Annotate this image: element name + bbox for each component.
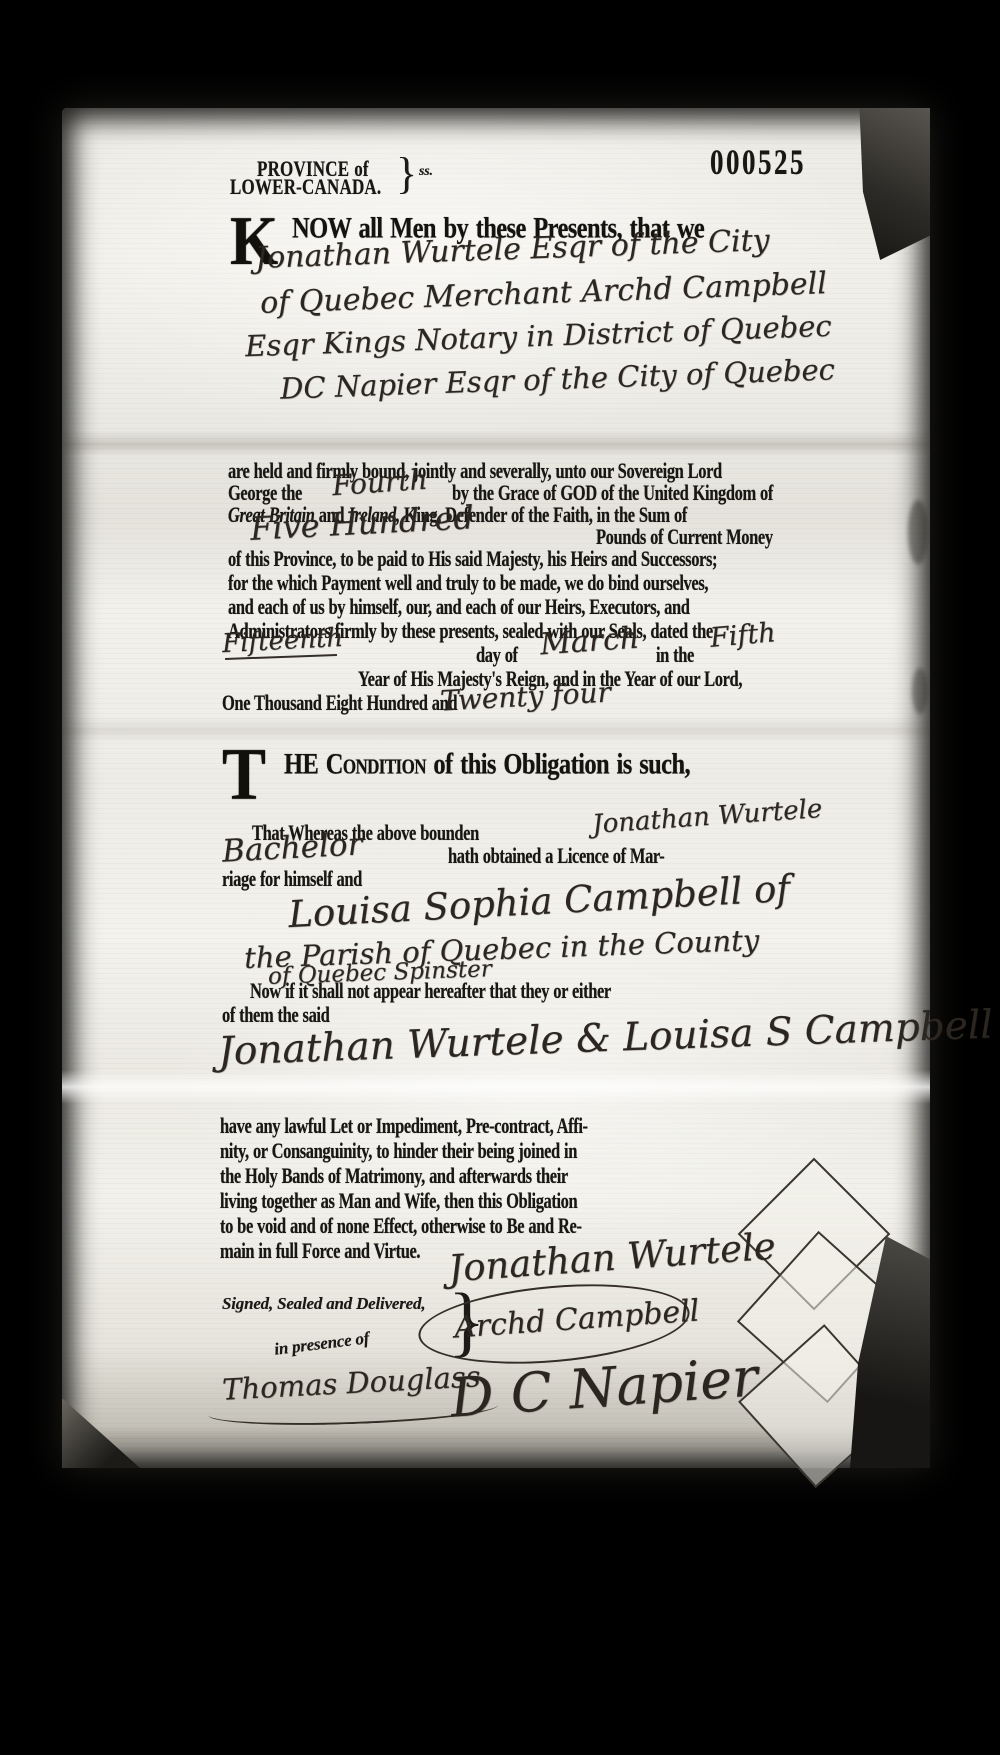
in-the-label: in the	[656, 642, 694, 667]
now-if-line-2: of them the said	[222, 1002, 329, 1027]
attestation-line-2: in presence of	[273, 1328, 370, 1359]
condition-heading: HE Condition of this Obligation is such,	[284, 748, 690, 782]
province-brace: }	[396, 148, 417, 199]
right-edge-ink-smudge	[912, 668, 928, 714]
bond-text-line-6: for the which Payment well and truly to …	[228, 570, 708, 595]
light-fold-band	[62, 1070, 930, 1104]
handwritten-monarch-ordinal: Fourth	[331, 463, 429, 503]
ss-abbreviation: ss.	[419, 164, 433, 180]
province-label-line2: LOWER-CANADA.	[230, 174, 381, 199]
closing-paragraph-line-3: the Holy Bands of Matrimony, and afterwa…	[220, 1163, 568, 1188]
handwritten-couple-names: Jonathan Wurtele & Louisa S Campbell	[217, 1002, 993, 1074]
closing-paragraph-line-1: have any lawful Let or Impediment, Pre-c…	[220, 1113, 588, 1138]
condition-dropcap: T	[222, 744, 266, 807]
scanned-document-background: PROVINCE of LOWER-CANADA. } ss. 000525 K…	[0, 0, 1000, 1755]
condition-heading-he: HE	[284, 748, 326, 781]
handwritten-principals-line-4: DC Napier Esqr of the City of Quebec	[280, 352, 836, 405]
condition-heading-rest: of this Obligation is such,	[426, 748, 690, 781]
marriage-bond-paper: PROVINCE of LOWER-CANADA. } ss. 000525 K…	[62, 108, 930, 1468]
condition-heading-smallcaps: Condition	[326, 748, 426, 781]
attestation-line-1: Signed, Sealed and Delivered,	[222, 1294, 425, 1314]
top-right-fold-shadow	[844, 108, 930, 260]
licence-line-2: riage for himself and	[222, 866, 362, 891]
bond-text-line-5: of this Province, to be paid to His said…	[228, 546, 717, 571]
day-of-label: day of	[476, 642, 518, 667]
handwritten-bounden-name: Jonathan Wurtele	[591, 794, 823, 840]
handwritten-marital-status: Bachelor	[221, 826, 363, 869]
closing-paragraph-line-2: nity, or Consanguinity, to hinder their …	[220, 1138, 577, 1163]
horizontal-fold-crease	[62, 716, 930, 742]
bond-text-line-7: and each of us by himself, our, and each…	[228, 594, 690, 619]
closing-paragraph-line-4: living together as Man and Wife, then th…	[220, 1188, 577, 1213]
closing-paragraph-line-6: main in full Force and Virtue.	[220, 1238, 420, 1263]
horizontal-fold-crease	[62, 430, 930, 456]
now-if-line-1: Now if it shall not appear hereafter tha…	[250, 978, 611, 1003]
closing-paragraph-line-5: to be void and of none Effect, otherwise…	[220, 1213, 582, 1238]
bond-text-line-11: One Thousand Eight Hundred and	[222, 690, 457, 715]
handwritten-reign-year: Fifth	[709, 617, 777, 654]
right-edge-ink-smudge	[908, 500, 928, 564]
docket-number: 000525	[710, 150, 806, 175]
licence-line-1: hath obtained a Licence of Mar-	[448, 843, 664, 868]
handwritten-month: March	[539, 621, 640, 663]
